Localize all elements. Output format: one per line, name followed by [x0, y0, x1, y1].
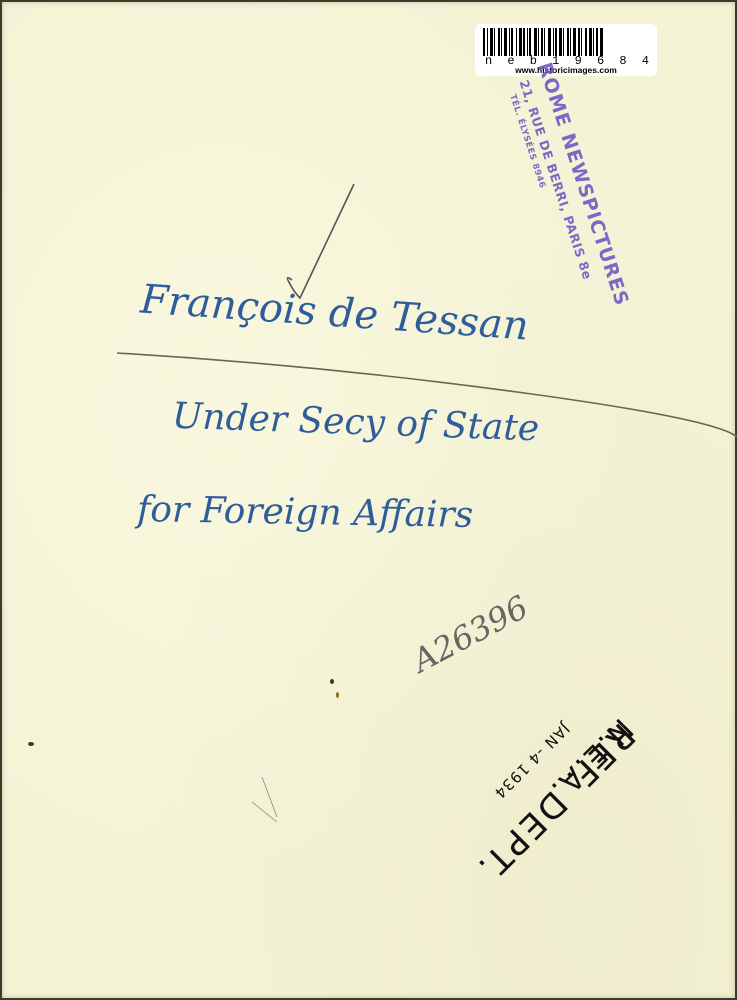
paper-speck [330, 679, 334, 684]
paper-speck [336, 692, 339, 698]
pencil-reference-number: A26396 [406, 588, 534, 680]
barcode-label: n e b 1 9 6 8 4 www.historicimages.com [475, 24, 657, 76]
barcode-icon [483, 28, 649, 56]
photo-reverse-paper: n e b 1 9 6 8 4 www.historicimages.com R… [2, 2, 735, 998]
handwritten-title-line2: for Foreign Affairs [137, 489, 474, 536]
barcode-url: www.historicimages.com [475, 65, 657, 75]
ref-dept-stamp: N.E.A. JAN -4 1934 REF. DEPT. [422, 672, 702, 872]
paper-speck [28, 742, 34, 746]
paper-scratch [247, 772, 287, 832]
